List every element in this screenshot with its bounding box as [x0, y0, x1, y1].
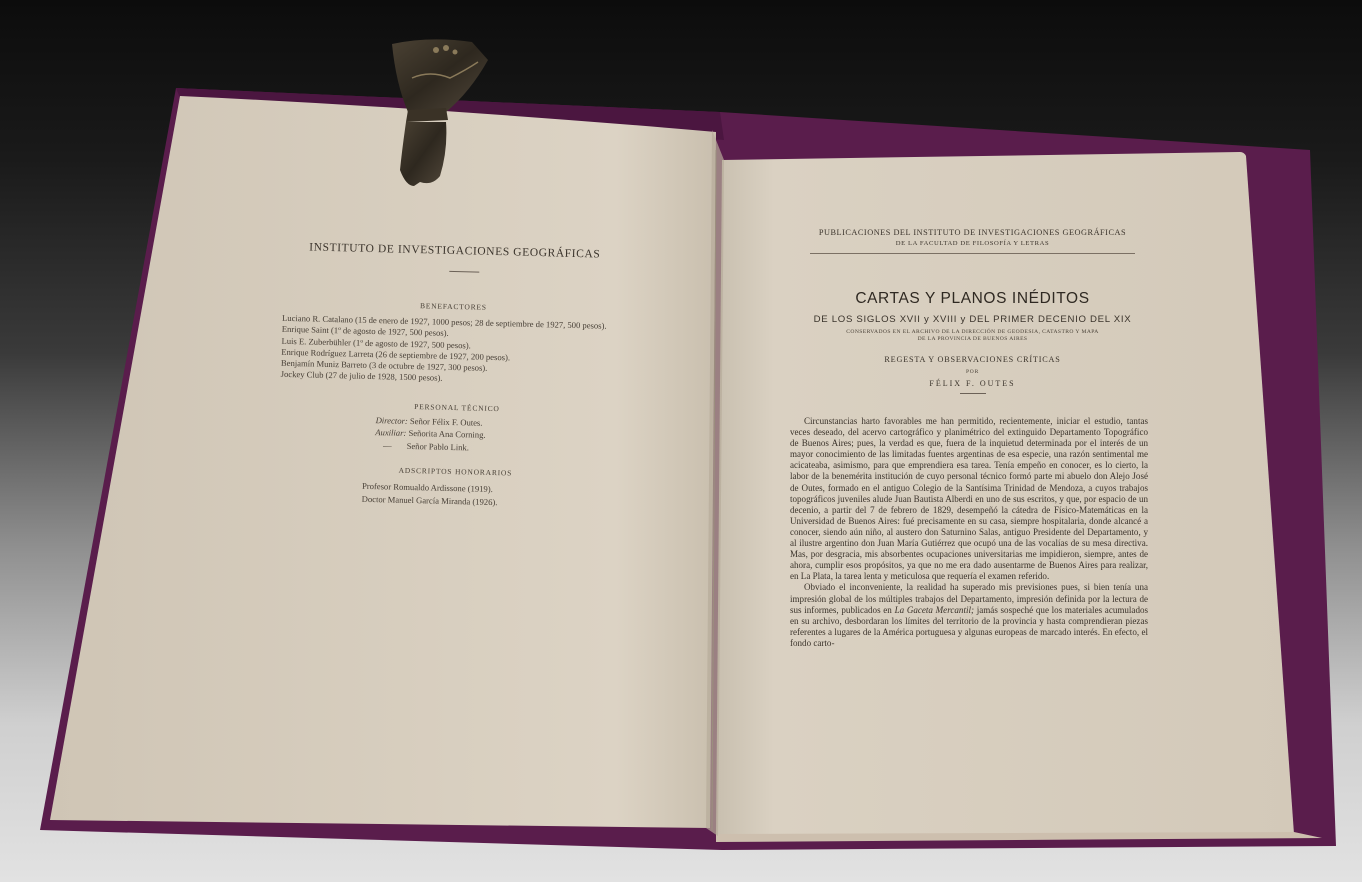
benefactors-list: Luciano R. Catalano (15 de enero de 1927… [281, 313, 669, 390]
staff-role: — [383, 440, 392, 450]
archive-note-line: DE LA PROVINCIA DE BUENOS AIRES [790, 336, 1155, 343]
by-label: POR [790, 369, 1155, 375]
staff-role: Director: [376, 415, 408, 426]
right-page-content: PUBLICACIONES DEL INSTITUTO DE INVESTIGA… [790, 228, 1155, 649]
book-illustration [0, 0, 1362, 882]
series-line: PUBLICACIONES DEL INSTITUTO DE INVESTIGA… [790, 228, 1155, 237]
honorary-heading: ADSCRIPTOS HONORARIOS [290, 463, 620, 480]
paragraph: Obviado el inconveniente, la realidad ha… [790, 582, 1148, 649]
header-rule [810, 253, 1135, 254]
staff-role: Auxiliar: [375, 427, 406, 438]
title-divider [449, 271, 479, 273]
left-page-content: INSTITUTO DE INVESTIGACIONES GEOGRÁFICAS… [244, 240, 670, 513]
staff-name: Señorita Ana Corning. [408, 428, 485, 440]
benefactors-heading: BENEFACTORES [288, 298, 618, 315]
archive-note-line: CONSERVADOS EN EL ARCHIVO DE LA DIRECCIÓ… [790, 329, 1155, 336]
paragraph: Circunstancias harto favorables me han p… [790, 416, 1148, 582]
staff-name: Señor Félix F. Outes. [410, 416, 483, 428]
author-divider [960, 393, 986, 394]
archive-note: CONSERVADOS EN EL ARCHIVO DE LA DIRECCIÓ… [790, 329, 1155, 343]
newspaper-title: La Gaceta Mercantil; [895, 605, 974, 615]
staff-heading: PERSONAL TÉCNICO [292, 399, 622, 416]
author-name: FÉLIX F. OUTES [790, 379, 1155, 388]
book-subtitle: DE LOS SIGLOS XVII y XVIII y DEL PRIMER … [790, 314, 1155, 325]
book-title: CARTAS Y PLANOS INÉDITOS [790, 290, 1155, 308]
staff-name: Señor Pablo Link. [407, 441, 470, 453]
series-subline: DE LA FACULTAD DE FILOSOFÍA Y LETRAS [790, 240, 1155, 247]
regesta-heading: REGESTA Y OBSERVACIONES CRÍTICAS [790, 355, 1155, 364]
staff-list: Director: Señor Félix F. Outes. Auxiliar… [375, 414, 666, 459]
body-text: Circunstancias harto favorables me han p… [790, 416, 1148, 649]
